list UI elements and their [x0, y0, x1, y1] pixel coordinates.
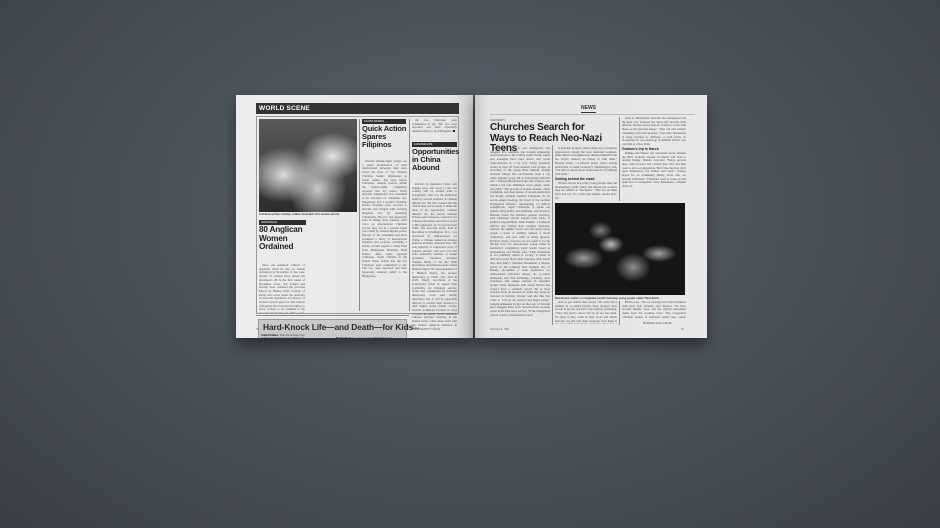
infobox-us: United States: One out of every five chi… [261, 334, 309, 338]
story-filipinos: Western human-rights groups say a quick … [362, 160, 407, 313]
folio-date: February 8, 1993 [490, 328, 509, 331]
story-filipinos-cont: the two Christians were condemned to die… [412, 119, 457, 139]
article-lower-col1: need to get behind their masks." He adds… [555, 301, 617, 324]
infobox-thailand: Thailand: There are a reported 800,000 f… [336, 337, 396, 338]
ordination-photo [259, 119, 357, 212]
column-rule [359, 119, 360, 311]
headline-filipinos: Quick Action Spares Filipinos [362, 125, 409, 149]
article-col3: need to differentiate between the endang… [622, 117, 686, 201]
article-col2: is mandate properly, then it must now ev… [555, 147, 617, 201]
photo-caption: Archbishop Peter Carnley ordains Austral… [259, 213, 340, 216]
section-header-world-scene: WORLD SCENE [256, 103, 459, 114]
section-header-news: NEWS [581, 105, 596, 113]
header-rule [490, 114, 695, 115]
magazine-spread: WORLD SCENE Archbishop Peter Carnley ord… [236, 95, 707, 338]
column-rule [619, 301, 620, 325]
photo-caption-germany: New-fascist rockers or misguided youth? … [555, 297, 659, 300]
infobox-title: Hard-Knock Life—and Death—for Kids [263, 322, 413, 332]
box-rule [256, 315, 409, 316]
folio-page-number: 56 [256, 328, 259, 331]
article-col1: The steady flow of new immigrants and re… [490, 147, 550, 321]
column-rule [552, 145, 553, 325]
story-china: Policies in mainland China will change s… [412, 183, 457, 338]
left-page: WORLD SCENE Archbishop Peter Carnley ord… [236, 95, 473, 338]
folio-magazine-name: CHRISTIANITY TODAY [411, 328, 441, 331]
column-rule [619, 117, 620, 201]
folio-page-number: 59 [681, 328, 684, 331]
neo-nazi-youth-photo [555, 203, 685, 295]
article-lower-col2: Berlin, says. "We are viewing social dev… [622, 301, 686, 320]
kicker-australia: AUSTRALIA [259, 220, 306, 225]
kicker-evangelism: EVANGELISM [412, 142, 457, 147]
headline-china: Opportunities in China Abound [412, 148, 459, 172]
kicker-saudi-arabia: SAUDI ARABIA [362, 119, 406, 124]
headline-anglican: 80 Anglican Women Ordained [259, 226, 309, 252]
story-anglican-col2: Since the Anglican Church of Australia l… [309, 220, 357, 313]
story-anglican-col1: Since the Anglican Church of Australia l… [259, 264, 305, 313]
column-rule [409, 119, 410, 311]
right-page: NEWS GERMANY Churches Search for Ways to… [475, 95, 707, 338]
byline: By Wilhelm Jester in Berlin. [643, 322, 672, 325]
